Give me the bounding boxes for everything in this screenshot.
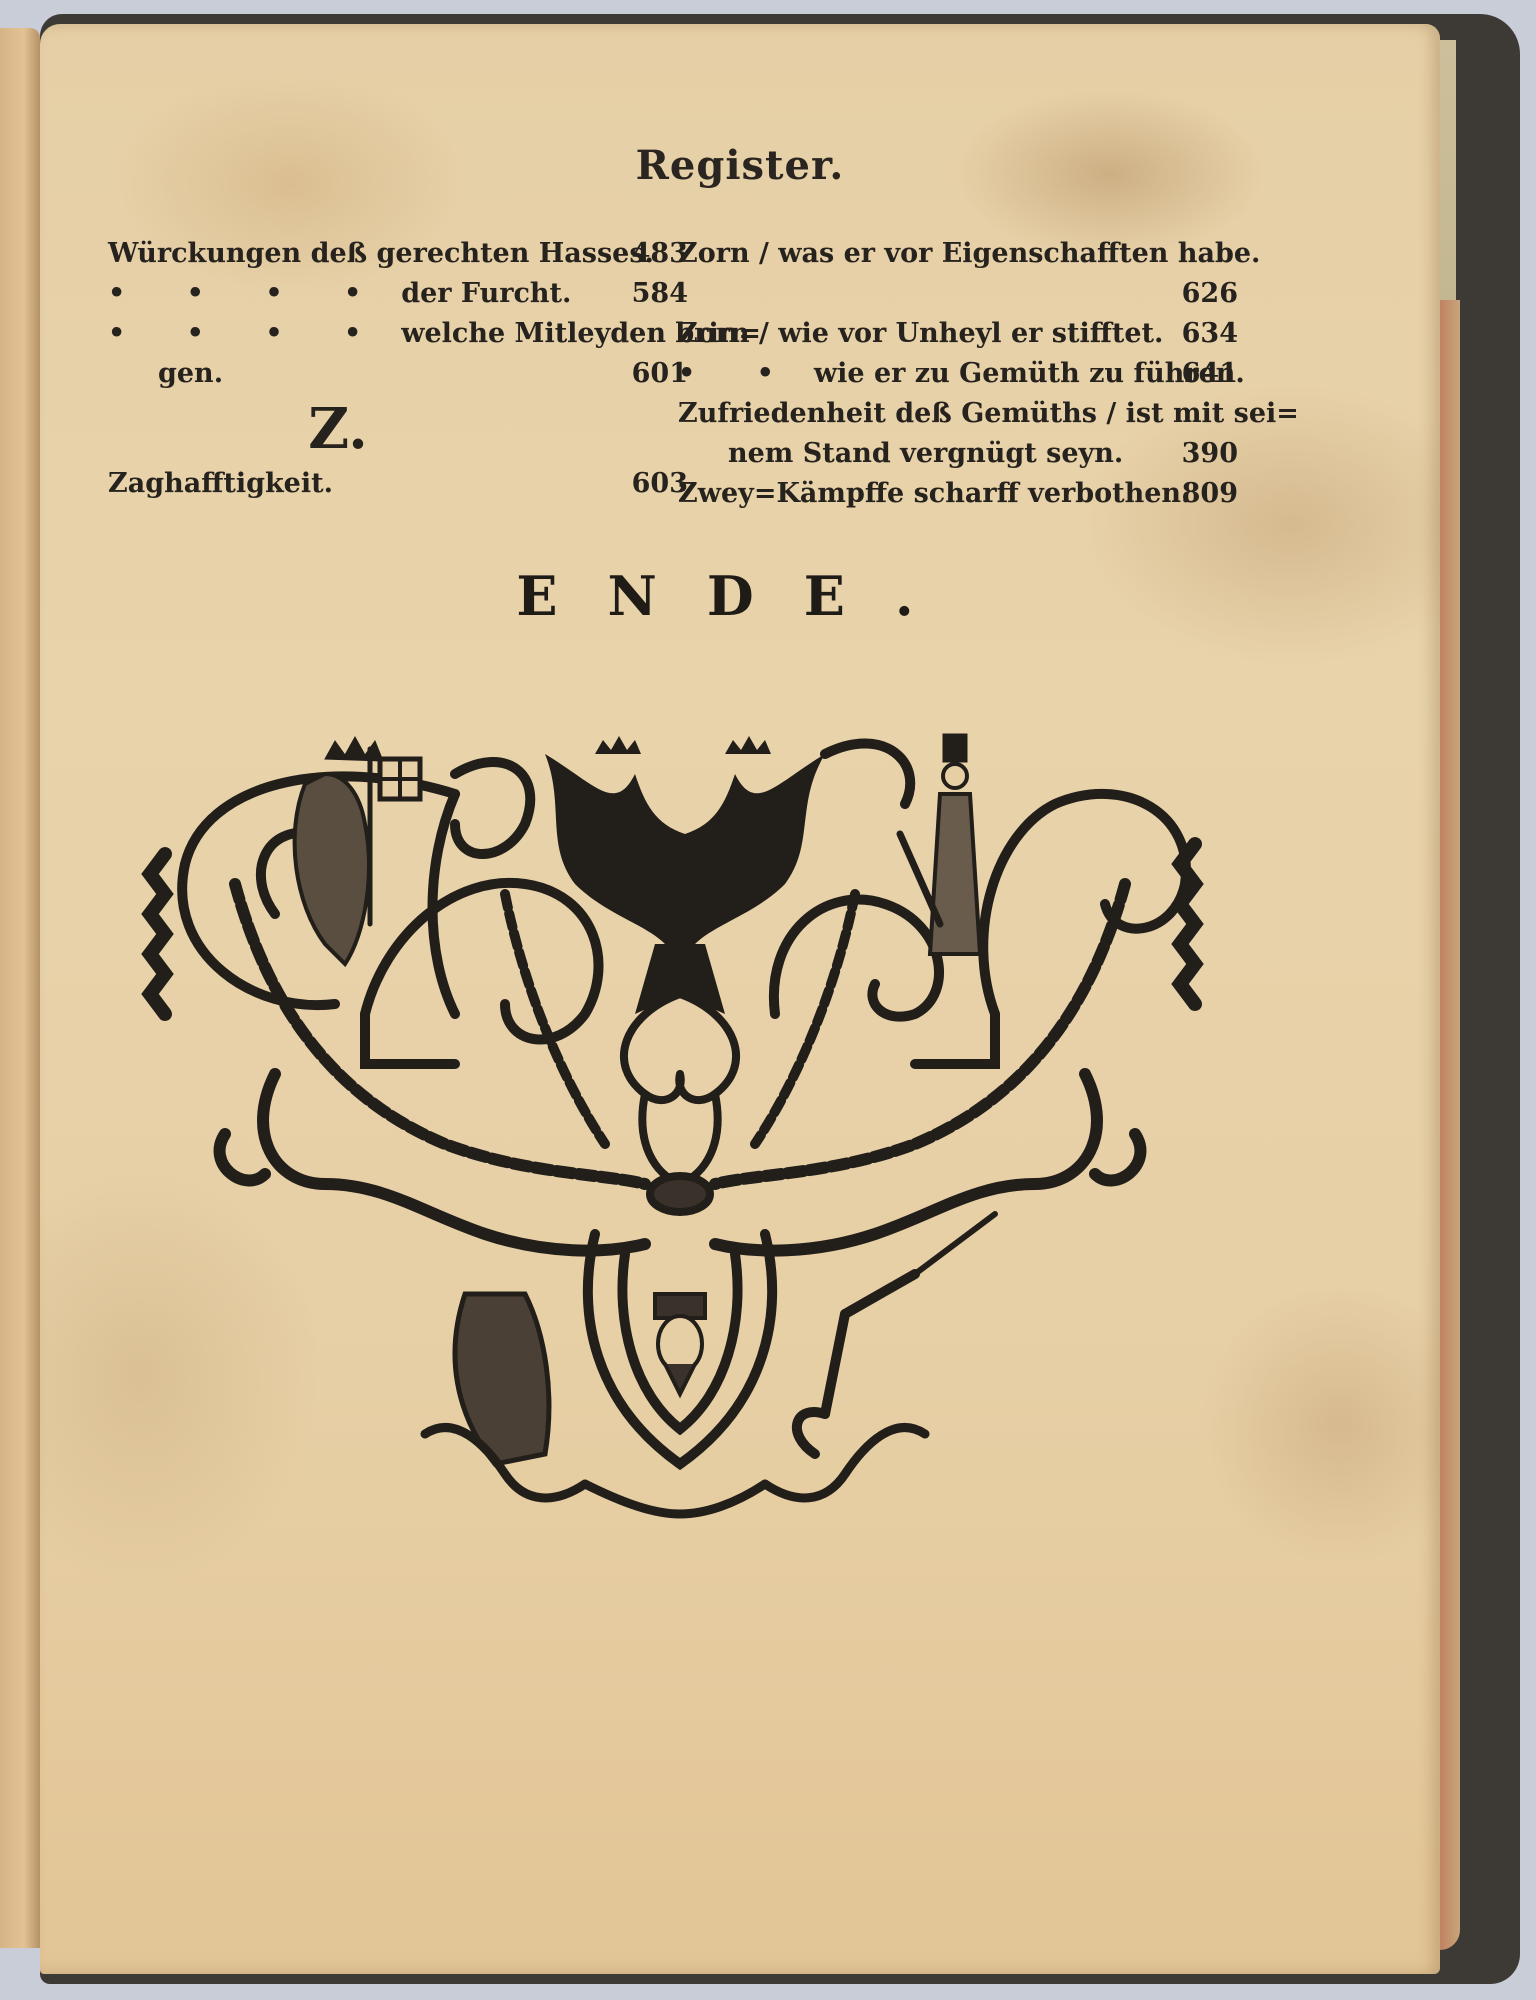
register-entry-wrap: gen. 601	[108, 354, 688, 394]
entry-page-number: 634	[1182, 314, 1238, 354]
register-left-column: Würckungen deß gerechten Hasses. 483 • •…	[108, 234, 688, 504]
entry-text: Zorn / wie vor Unheyl er stifftet.	[678, 318, 1163, 349]
register-entry: Zorn / wie vor Unheyl er stifftet. 634	[678, 314, 1238, 354]
register-right-column: Zorn / was er vor Eigenschafften habe. 6…	[678, 234, 1238, 514]
lower-scroll-icon	[220, 1074, 1141, 1251]
book-page: Register. Würckungen deß gerechten Hasse…	[40, 24, 1440, 1974]
section-letter: Z.	[108, 394, 688, 464]
entry-page-number: 390	[1182, 434, 1238, 474]
double-headed-eagle-icon	[545, 736, 825, 1014]
register-entry: Würckungen deß gerechten Hasses. 483	[108, 234, 688, 274]
register-entry: • • • •der Furcht. 584	[108, 274, 688, 314]
register-entry: Zaghafftigkeit. 603	[108, 464, 688, 504]
entry-text: wie er zu Gemüth zu führen.	[814, 358, 1245, 389]
register-entry: Zorn / was er vor Eigenschafften habe.	[678, 234, 1238, 274]
ditto-dots: • • • •	[108, 278, 387, 309]
entry-page-number: 626	[1182, 274, 1238, 314]
page-title: Register.	[40, 142, 1440, 189]
entry-page-number: 809	[1182, 474, 1238, 514]
shield-with-head-icon	[588, 1234, 772, 1464]
register-entry: • •wie er zu Gemüth zu führen. 641	[678, 354, 1238, 394]
entry-text: der Furcht.	[401, 278, 571, 309]
entry-text: Würckungen deß gerechten Hasses.	[108, 238, 654, 269]
crowned-lion-icon	[295, 737, 420, 964]
register-entry-page: 626	[678, 274, 1238, 314]
entry-text: gen.	[158, 358, 223, 389]
register-entry: Zufriedenheit deß Gemüths / ist mit sei=	[678, 394, 1238, 434]
entry-text: Zufriedenheit deß Gemüths / ist mit sei=	[678, 398, 1299, 429]
entry-text: Zwey=Kämpffe scharff verbothen.	[678, 478, 1190, 509]
woodcut-tailpiece-ornament	[125, 714, 1235, 1534]
left-page-edge	[0, 28, 40, 1948]
finis-ende: ENDE.	[40, 564, 1440, 628]
ditto-dots: • •	[678, 358, 800, 389]
entry-text: nem Stand vergnügt seyn.	[728, 438, 1123, 469]
register-entry-wrap: nem Stand vergnügt seyn. 390	[678, 434, 1238, 474]
entry-text: Zaghafftigkeit.	[108, 468, 333, 499]
entry-text: Zorn / was er vor Eigenschafften habe.	[678, 238, 1260, 269]
register-entry: Zwey=Kämpffe scharff verbothen. 809	[678, 474, 1238, 514]
ditto-dots: • • • •	[108, 318, 387, 349]
register-entry: • • • •welche Mitleyden brin=	[108, 314, 688, 354]
entry-page-number: 641	[1182, 354, 1238, 394]
